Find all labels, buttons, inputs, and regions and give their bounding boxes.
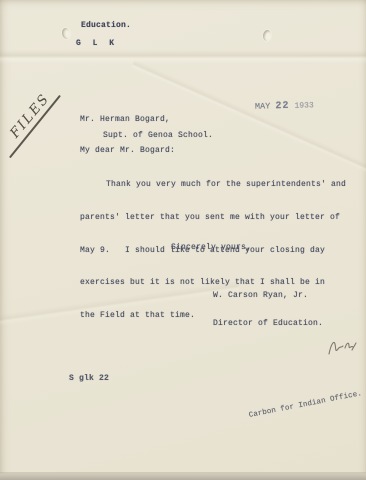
department-label: Education. xyxy=(81,21,131,30)
typist-reference: S glk 22 xyxy=(69,374,109,383)
paper-bottom-edge xyxy=(0,472,366,480)
date-stamp-year: 1933 xyxy=(294,101,313,110)
signature-name: W. Carson Ryan, Jr. xyxy=(213,291,323,301)
recipient-name: Mr. Herman Bogard, xyxy=(80,115,170,124)
date-stamp-month: MAY xyxy=(255,101,271,111)
punch-hole-left xyxy=(61,27,71,39)
body-line: Thank you very much for the superintende… xyxy=(80,178,325,193)
handwritten-initials xyxy=(326,336,358,360)
recipient-title: Supt. of Genoa School. xyxy=(103,131,213,140)
date-stamp-day: 22 xyxy=(275,101,289,112)
file-code: G L K xyxy=(76,39,118,48)
closing: Sincerely yours, xyxy=(171,243,251,252)
signature-title: Director of Education. xyxy=(213,319,323,329)
paper-crease xyxy=(0,50,366,64)
date-stamp: MAY 22 1933 xyxy=(255,100,314,113)
carbon-copy-stamp: Carbon for Indian Office. xyxy=(248,390,362,420)
signature-block: W. Carson Ryan, Jr. Director of Educatio… xyxy=(213,273,323,346)
punch-hole-right xyxy=(262,29,271,41)
letter-scan: Education. G L K FILES MAY 22 1933 Mr. H… xyxy=(0,0,366,480)
body-line: parents' letter that you sent me with yo… xyxy=(80,211,325,226)
salutation: My dear Mr. Bogard: xyxy=(80,146,175,155)
